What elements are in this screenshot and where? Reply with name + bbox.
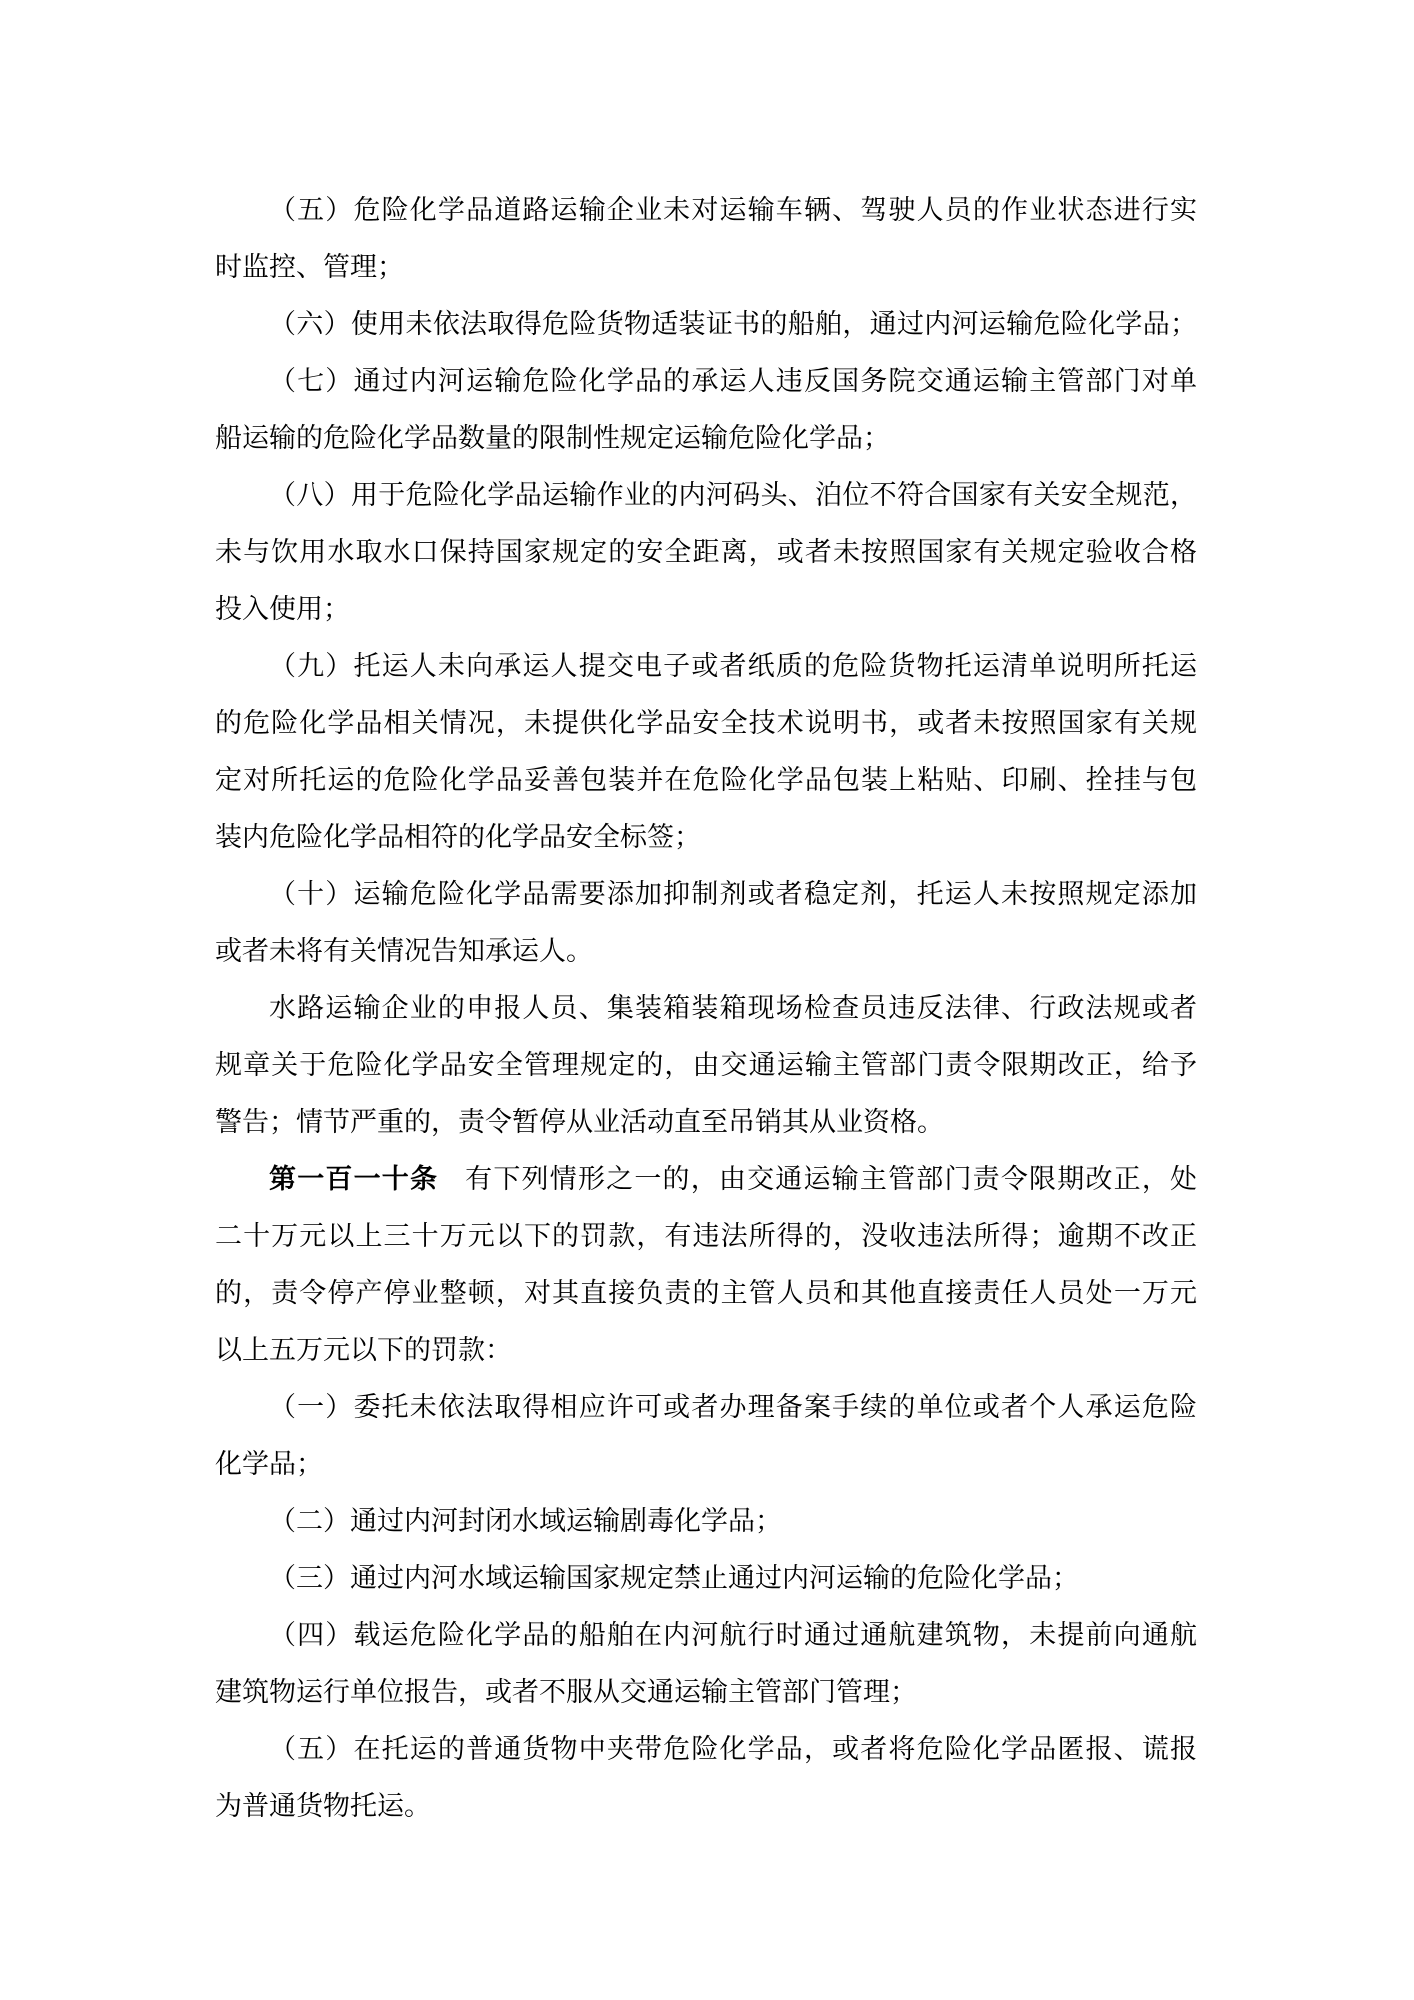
text-line: （九）托运人未向承运人提交电子或者纸质的危险货物托运清单说明所托运 (215, 638, 1197, 695)
text-line: （五）危险化学品道路运输企业未对运输车辆、驾驶人员的作业状态进行实 (215, 182, 1197, 239)
paragraph: （五）危险化学品道路运输企业未对运输车辆、驾驶人员的作业状态进行实 时监控、管理… (215, 182, 1197, 296)
paragraph: （三）通过内河水域运输国家规定禁止通过内河运输的危险化学品； (215, 1550, 1197, 1607)
text-line: 定对所托运的危险化学品妥善包装并在危险化学品包装上粘贴、印刷、拴挂与包 (215, 752, 1197, 809)
text-line: （四）载运危险化学品的船舶在内河航行时通过通航建筑物，未提前向通航 (215, 1607, 1197, 1664)
text-line: 或者未将有关情况告知承运人。 (215, 923, 1197, 980)
text-line: 二十万元以上三十万元以下的罚款，有违法所得的，没收违法所得；逾期不改正 (215, 1208, 1197, 1265)
paragraph: 水路运输企业的申报人员、集装箱装箱现场检查员违反法律、行政法规或者 规章关于危险… (215, 980, 1197, 1151)
text-line: 第一百一十条有下列情形之一的，由交通运输主管部门责令限期改正，处 (215, 1151, 1197, 1208)
text-line: 建筑物运行单位报告，或者不服从交通运输主管部门管理； (215, 1664, 1197, 1721)
text-line: 时监控、管理； (215, 239, 1197, 296)
paragraph: （九）托运人未向承运人提交电子或者纸质的危险货物托运清单说明所托运 的危险化学品… (215, 638, 1197, 866)
text-line: 的危险化学品相关情况，未提供化学品安全技术说明书，或者未按照国家有关规 (215, 695, 1197, 752)
text-line: （七）通过内河运输危险化学品的承运人违反国务院交通运输主管部门对单 (215, 353, 1197, 410)
text-line: 水路运输企业的申报人员、集装箱装箱现场检查员违反法律、行政法规或者 (215, 980, 1197, 1037)
paragraph: （二）通过内河封闭水域运输剧毒化学品； (215, 1493, 1197, 1550)
text-line: 规章关于危险化学品安全管理规定的，由交通运输主管部门责令限期改正，给予 (215, 1037, 1197, 1094)
text-line: 为普通货物托运。 (215, 1778, 1197, 1835)
text-line: 未与饮用水取水口保持国家规定的安全距离，或者未按照国家有关规定验收合格 (215, 524, 1197, 581)
paragraph: （六）使用未依法取得危险货物适装证书的船舶，通过内河运输危险化学品； (215, 296, 1197, 353)
paragraph: （八）用于危险化学品运输作业的内河码头、泊位不符合国家有关安全规范， 未与饮用水… (215, 467, 1197, 638)
text-line: （十）运输危险化学品需要添加抑制剂或者稳定剂，托运人未按照规定添加 (215, 866, 1197, 923)
paragraph: （一）委托未依法取得相应许可或者办理备案手续的单位或者个人承运危险 化学品； (215, 1379, 1197, 1493)
paragraph: （十）运输危险化学品需要添加抑制剂或者稳定剂，托运人未按照规定添加 或者未将有关… (215, 866, 1197, 980)
text-line: 装内危险化学品相符的化学品安全标签； (215, 809, 1197, 866)
text-line: （五）在托运的普通货物中夹带危险化学品，或者将危险化学品匿报、谎报 (215, 1721, 1197, 1778)
document-page: （五）危险化学品道路运输企业未对运输车辆、驾驶人员的作业状态进行实 时监控、管理… (0, 0, 1414, 2000)
text-line: 以上五万元以下的罚款： (215, 1322, 1197, 1379)
paragraph: （四）载运危险化学品的船舶在内河航行时通过通航建筑物，未提前向通航 建筑物运行单… (215, 1607, 1197, 1721)
text-line: 警告；情节严重的，责令暂停从业活动直至吊销其从业资格。 (215, 1094, 1197, 1151)
text-line: （二）通过内河封闭水域运输剧毒化学品； (215, 1493, 1197, 1550)
text-line: （八）用于危险化学品运输作业的内河码头、泊位不符合国家有关安全规范， (215, 467, 1197, 524)
text-line: 投入使用； (215, 581, 1197, 638)
paragraph: （七）通过内河运输危险化学品的承运人违反国务院交通运输主管部门对单 船运输的危险… (215, 353, 1197, 467)
article-number: 第一百一十条 (269, 1164, 438, 1194)
text-line: 船运输的危险化学品数量的限制性规定运输危险化学品； (215, 410, 1197, 467)
text-line: 的，责令停产停业整顿，对其直接负责的主管人员和其他直接责任人员处一万元 (215, 1265, 1197, 1322)
text-line: 化学品； (215, 1436, 1197, 1493)
paragraph: （五）在托运的普通货物中夹带危险化学品，或者将危险化学品匿报、谎报 为普通货物托… (215, 1721, 1197, 1835)
document-body: （五）危险化学品道路运输企业未对运输车辆、驾驶人员的作业状态进行实 时监控、管理… (215, 182, 1197, 1835)
paragraph-article-110: 第一百一十条有下列情形之一的，由交通运输主管部门责令限期改正，处 二十万元以上三… (215, 1151, 1197, 1379)
text-line: （一）委托未依法取得相应许可或者办理备案手续的单位或者个人承运危险 (215, 1379, 1197, 1436)
text-line: （三）通过内河水域运输国家规定禁止通过内河运输的危险化学品； (215, 1550, 1197, 1607)
article-lead-text: 有下列情形之一的，由交通运输主管部门责令限期改正，处 (465, 1164, 1197, 1194)
text-line: （六）使用未依法取得危险货物适装证书的船舶，通过内河运输危险化学品； (215, 296, 1197, 353)
